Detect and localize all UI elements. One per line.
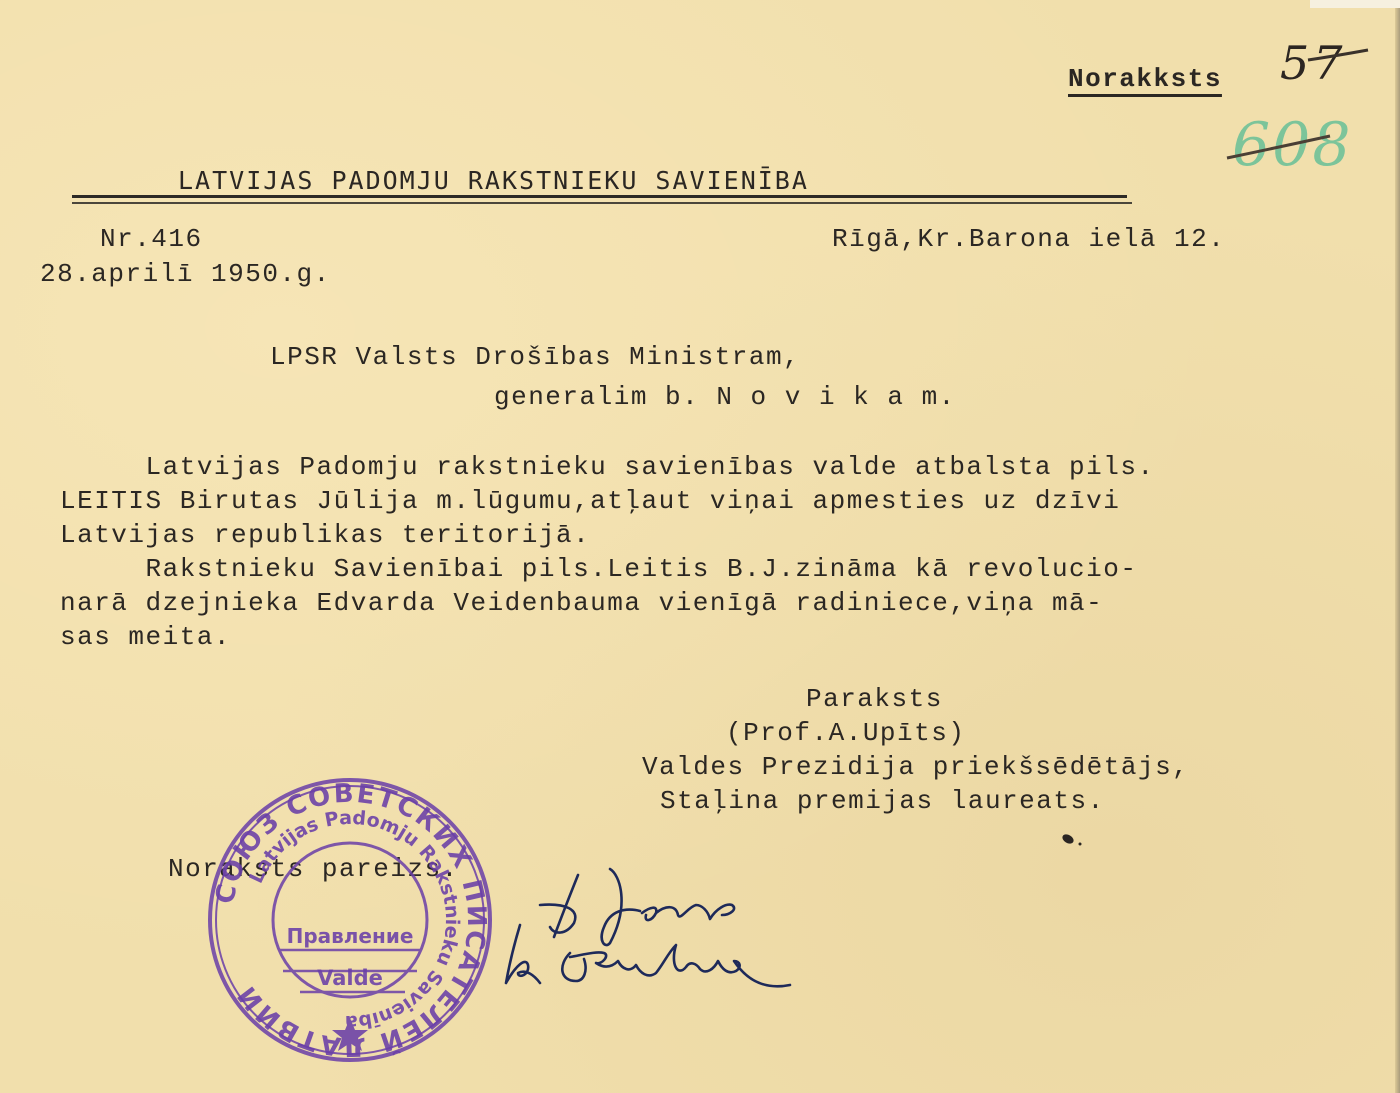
- strikethrough-mark: [1225, 130, 1335, 170]
- copy-label: Norakksts: [1068, 62, 1222, 96]
- body-line: sas meita.: [60, 620, 231, 654]
- body-line: LEITIS Birutas Jūlija m.lūgumu,atļaut vi…: [60, 484, 1120, 518]
- paper-edge-shadow: [1395, 8, 1400, 1093]
- body-line: Latvijas Padomju rakstnieku savienības v…: [60, 450, 1155, 484]
- stamp-center-top: Правление: [287, 924, 414, 948]
- sender-address: Rīgā,Kr.Barona ielā 12.: [832, 222, 1225, 256]
- organization-stamp: СОЮЗ СОВЕТСКИХ ПИСАТЕЛЕЙ ЛАТВИИ Latvijas…: [205, 775, 495, 1065]
- organization-header: LATVIJAS PADOMJU RAKSTNIEKU SAVIENĪBA: [178, 164, 809, 198]
- body-line: narā dzejnieka Edvarda Veidenbauma vienī…: [60, 586, 1103, 620]
- header-rule-left: [72, 195, 1127, 198]
- stamp-center-bottom: Valde: [317, 966, 383, 990]
- addressee-line2: generalim b. N o v i k a m.: [494, 380, 956, 414]
- signed-label: Paraksts: [806, 682, 943, 716]
- signatory-name: (Prof.A.Upīts): [726, 716, 965, 750]
- handwritten-signature: [470, 865, 810, 1015]
- ink-blot: [1060, 832, 1090, 852]
- body-line: Rakstnieku Savienībai pils.Leitis B.J.zi…: [60, 552, 1137, 586]
- header-rule: [72, 202, 1132, 204]
- signatory-award: Staļina premijas laureats.: [660, 784, 1105, 818]
- page-number-crossbar: [1290, 40, 1370, 90]
- paper-edge: [1310, 0, 1400, 8]
- addressee-line1: LPSR Valsts Drošības Ministram,: [270, 340, 800, 374]
- reference-number: Nr.416: [100, 222, 203, 256]
- body-line: Latvijas republikas teritorijā.: [60, 518, 590, 552]
- document-date: 28.aprilī 1950.g.: [40, 257, 331, 291]
- signatory-title: Valdes Prezidija priekšsēdētājs,: [642, 750, 1189, 784]
